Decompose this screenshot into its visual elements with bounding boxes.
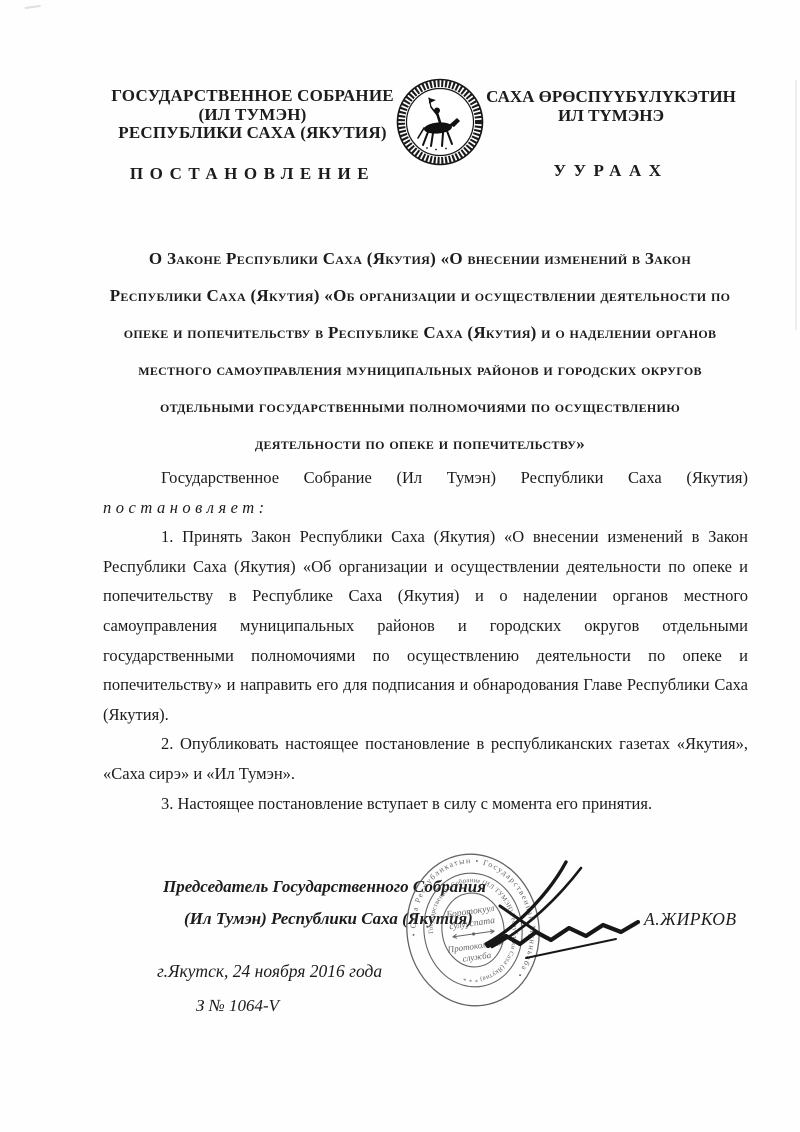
- header-right-org: САХА ӨРӨСПҮҮБҮЛҮКЭТИН ИЛ ТҮМЭНЭ УУРААХ: [480, 88, 742, 181]
- document-number: З № 1064-V: [196, 996, 279, 1016]
- place-and-date: г.Якутск, 24 ноября 2016 года: [157, 961, 382, 982]
- doc-type-sakha: УУРААХ: [480, 162, 742, 181]
- body-item-1: 1. Принять Закон Республики Саха (Якутия…: [103, 522, 748, 729]
- document-body: Государственное Собрание (Ил Тумэн) Респ…: [103, 463, 748, 818]
- sakha-horseman-emblem-icon: [396, 77, 484, 167]
- doc-type-ru: ПОСТАНОВЛЕНИЕ: [100, 165, 405, 184]
- handwritten-signature: [430, 848, 750, 968]
- title-line: отдельными государственными полномочиями…: [92, 388, 748, 425]
- title-line: Республики Саха (Якутия) «Об организации…: [92, 277, 748, 314]
- org-name-ru-line2: (ИЛ ТУМЭН): [100, 106, 405, 125]
- body-item-2: 2. Опубликовать настоящее постановление …: [103, 729, 748, 788]
- title-line: местного самоуправления муниципальных ра…: [92, 351, 748, 388]
- scan-edge-artifact: [795, 80, 797, 330]
- title-line: деятельности по опеке и попечительству»: [92, 425, 748, 462]
- org-name-sakha-line2: ИЛ ТҮМЭНЭ: [480, 107, 742, 126]
- document-page: ГОСУДАРСТВЕННОЕ СОБРАНИЕ (ИЛ ТУМЭН) РЕСП…: [0, 0, 800, 1132]
- header-left-org: ГОСУДАРСТВЕННОЕ СОБРАНИЕ (ИЛ ТУМЭН) РЕСП…: [100, 87, 405, 183]
- org-name-sakha-line1: САХА ӨРӨСПҮҮБҮЛҮКЭТИН: [480, 88, 742, 107]
- org-name-ru-line1: ГОСУДАРСТВЕННОЕ СОБРАНИЕ: [100, 87, 405, 106]
- document-title: О Законе Республики Саха (Якутия) «О вне…: [92, 240, 748, 462]
- org-name-ru-line3: РЕСПУБЛИКИ САХА (ЯКУТИЯ): [100, 124, 405, 143]
- scan-artifact: [25, 5, 42, 14]
- resolve-word: постановляет:: [103, 493, 748, 523]
- body-item-3: 3. Настоящее постановление вступает в си…: [103, 789, 748, 819]
- title-line: О Законе Республики Саха (Якутия) «О вне…: [92, 240, 748, 277]
- title-line: опеке и попечительству в Республике Саха…: [92, 314, 748, 351]
- body-intro-line: Государственное Собрание (Ил Тумэн) Респ…: [103, 463, 748, 493]
